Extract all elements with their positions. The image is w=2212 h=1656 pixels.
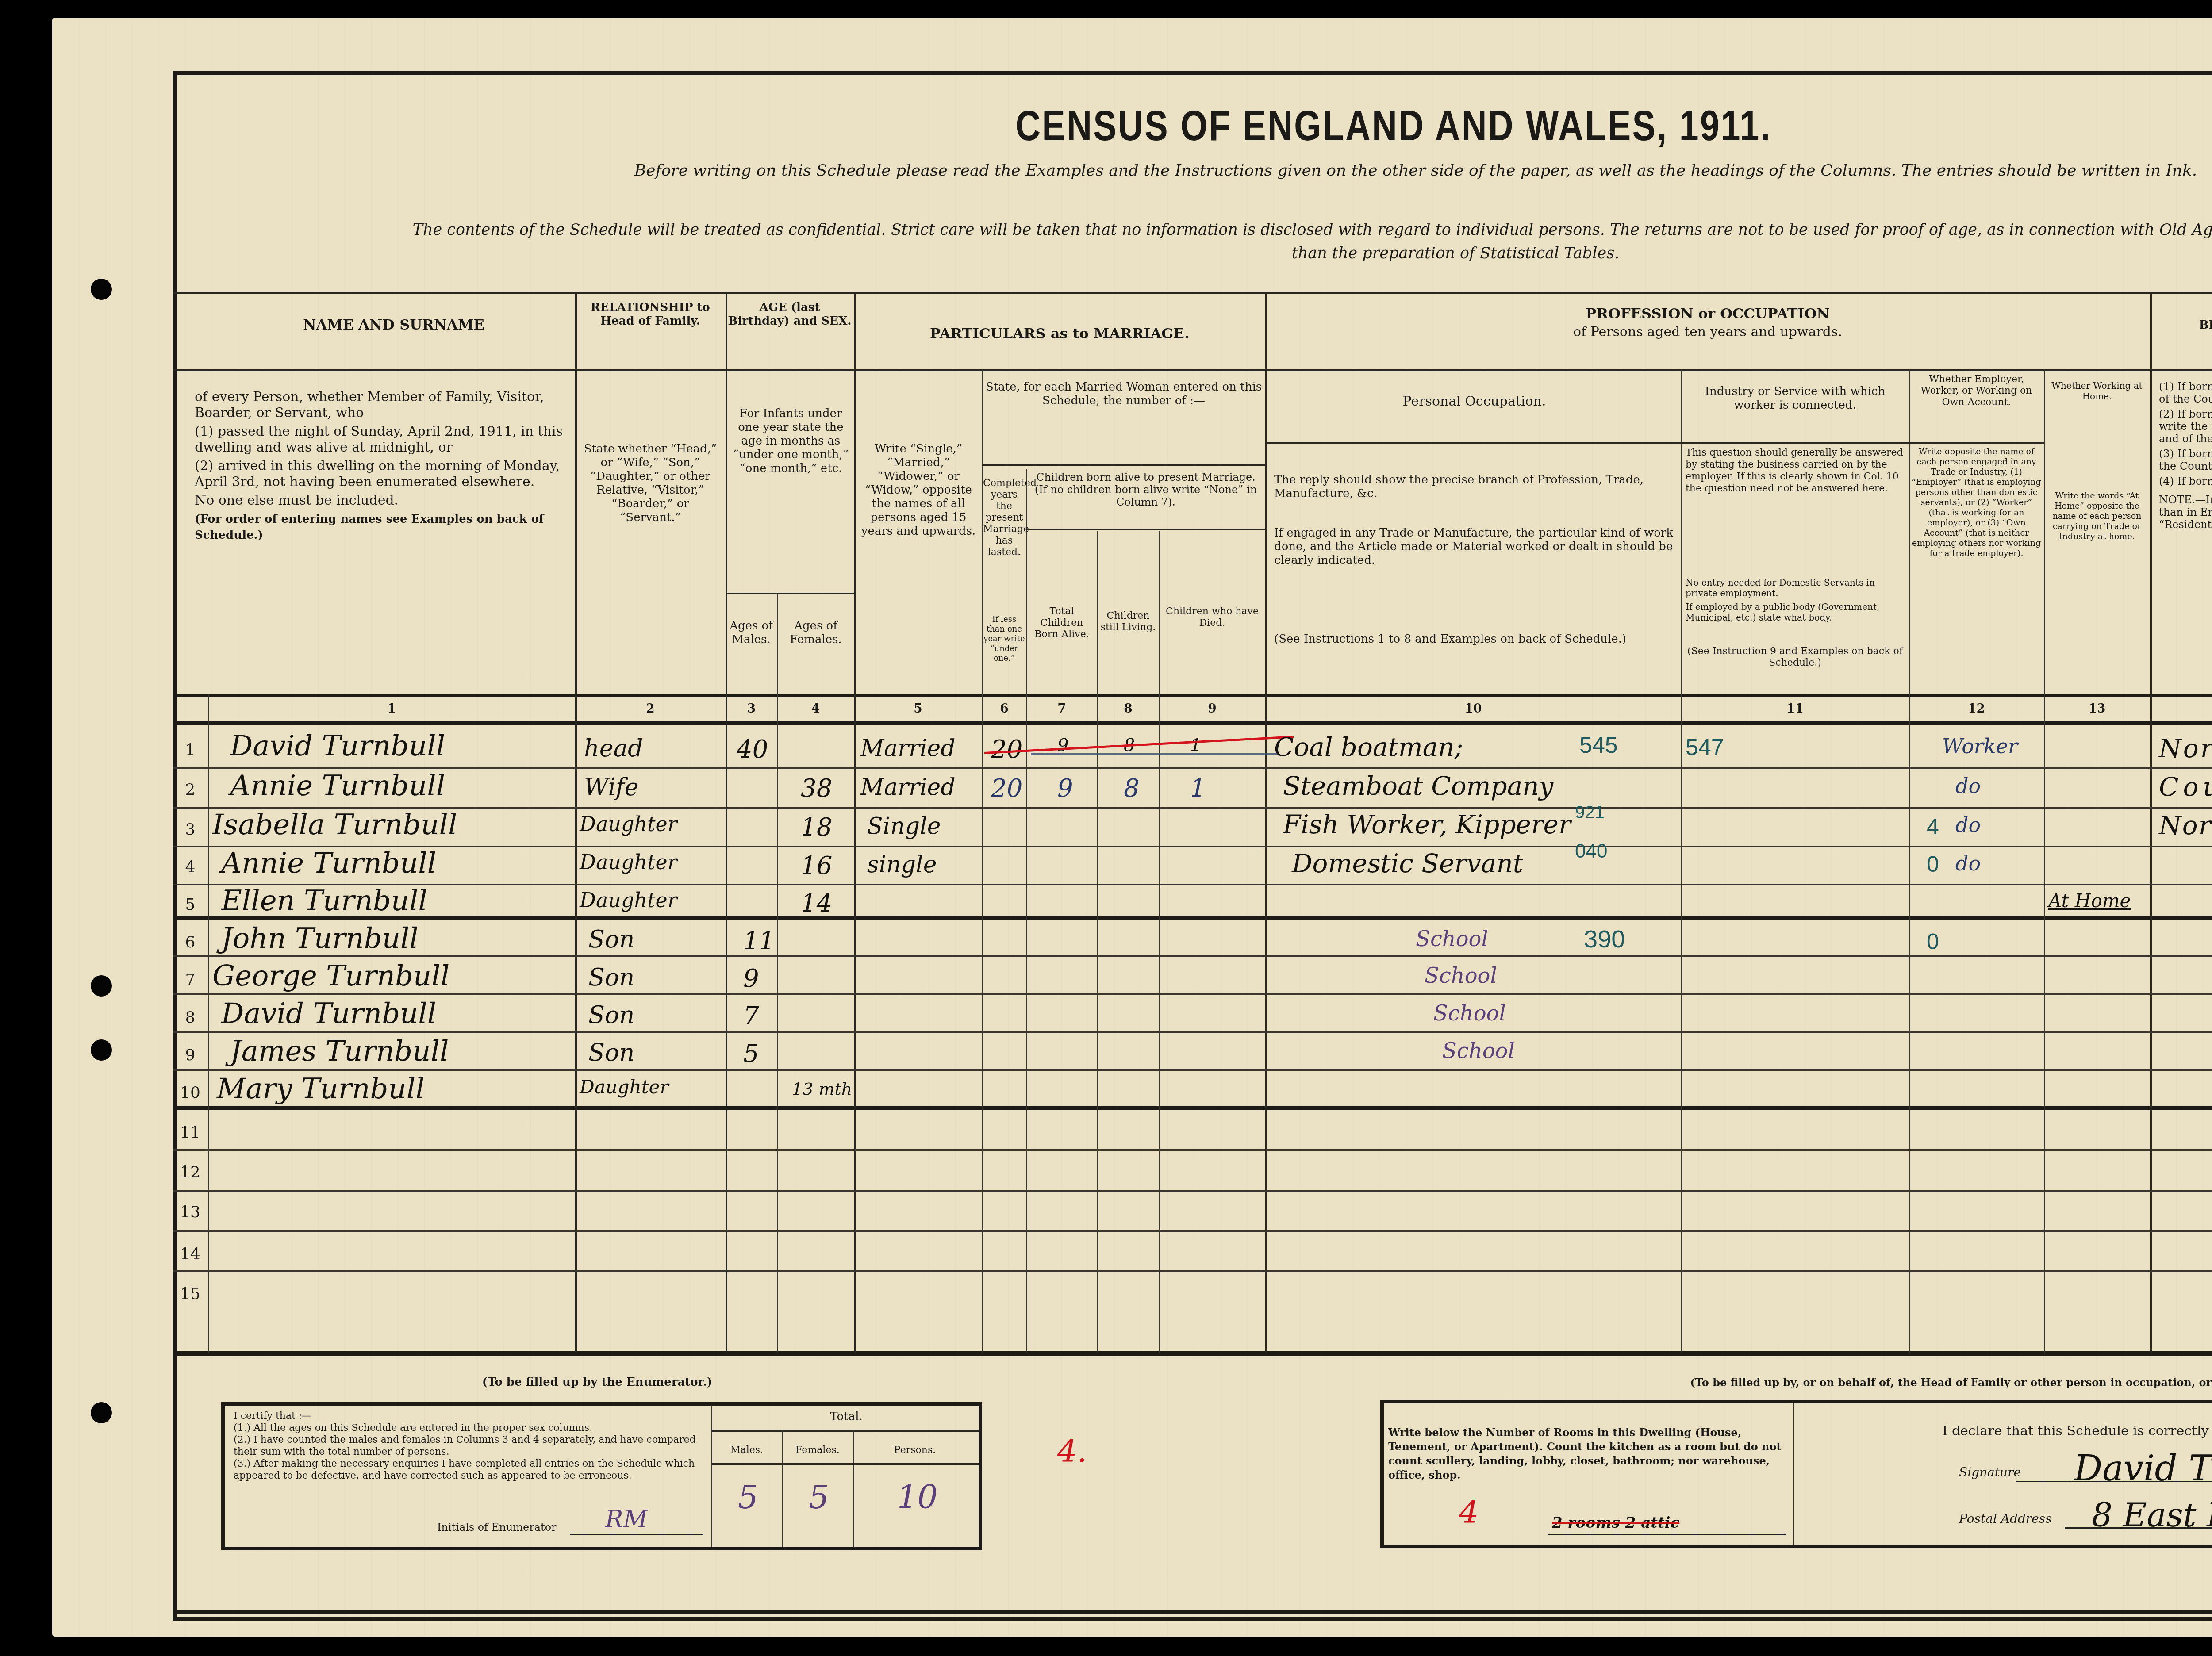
certify-item-3: (3.) After making the necessary enquirie… xyxy=(234,1458,703,1482)
person-name[interactable]: James Turnbull xyxy=(230,1035,449,1068)
row-rule xyxy=(173,807,2212,809)
marriage-years[interactable]: 20 xyxy=(991,774,1022,803)
column-number: 12 xyxy=(1909,701,2044,716)
header-bottom-rule xyxy=(173,694,2212,697)
signature-label: Signature xyxy=(1959,1465,2021,1479)
col-marriage-years-note: If less than one year write “under one.” xyxy=(983,615,1025,663)
header-top-rule xyxy=(173,292,2212,294)
col-divider xyxy=(853,1430,854,1547)
total-males[interactable]: 5 xyxy=(738,1479,758,1516)
total-rule xyxy=(711,1463,979,1465)
rooms-value[interactable]: 2 rooms 2 attic xyxy=(1552,1514,1679,1532)
head-of-family-box: Write below the Number of Rooms in this … xyxy=(1380,1400,2212,1548)
col-divider xyxy=(2044,369,2045,1353)
total-label: Total. xyxy=(716,1410,977,1424)
confidential-line-2: than the preparation of Statistical Tabl… xyxy=(181,245,2212,262)
column-number: 11 xyxy=(1681,701,1909,716)
col-divider xyxy=(1026,469,1027,1353)
row-number: 13 xyxy=(173,1203,208,1221)
person-name[interactable]: David Turnbull xyxy=(230,730,445,763)
occupation-code: 040 xyxy=(1575,840,1607,862)
rooms-instruction: Write below the Number of Rooms in this … xyxy=(1388,1426,1791,1482)
col-industry-desc-1: This question should generally be answer… xyxy=(1686,447,1905,494)
col-name-desc-1: of every Person, whether Member of Famil… xyxy=(195,389,571,421)
person-name[interactable]: Annie Turnbull xyxy=(230,770,445,802)
col-age-males: Ages of Males. xyxy=(726,619,776,647)
certify-heading: I certify that :— xyxy=(234,1410,703,1422)
employer-status[interactable]: do xyxy=(1955,813,1981,837)
initials-line xyxy=(570,1534,703,1535)
col-divider xyxy=(726,292,727,1353)
col-employer-desc: Write opposite the name of each person e… xyxy=(1911,447,2042,559)
person-name[interactable]: John Turnbull xyxy=(221,922,419,955)
confidential-line-1: The contents of the Schedule will be tre… xyxy=(181,221,2212,239)
children-living[interactable]: 8 xyxy=(1124,774,1140,803)
row-rule xyxy=(173,846,2212,847)
column-number: 13 xyxy=(2044,701,2150,716)
column-number: 10 xyxy=(1265,701,1681,716)
row-number: 6 xyxy=(173,933,208,951)
col-divider xyxy=(854,292,856,1353)
row-rule xyxy=(173,1031,2212,1033)
initials-label: Initials of Enumerator xyxy=(437,1521,557,1534)
children-sub-rule xyxy=(1026,529,1265,530)
row-number: 15 xyxy=(173,1285,208,1303)
column-number: 1 xyxy=(208,701,575,716)
col-personal-desc-2: If engaged in any Trade or Manufacture, … xyxy=(1274,526,1674,567)
enumerator-heading: (To be filled up by the Enumerator.) xyxy=(398,1376,796,1389)
col-divider xyxy=(1159,531,1160,1353)
row-group-rule xyxy=(173,1106,2212,1110)
col-children-head: Children born alive to present Marriage.… xyxy=(1029,471,1263,508)
col-name-desc-5: (For order of entering names see Example… xyxy=(195,511,571,543)
col-occupation-subtitle: of Persons aged ten years and upwards. xyxy=(1270,325,2146,339)
row-number: 11 xyxy=(173,1123,208,1142)
enumerator-certify: I certify that :— (1.) All the ages on t… xyxy=(234,1410,703,1482)
postal-address[interactable]: 8 East Percy Street. xyxy=(2092,1496,2212,1534)
person-name[interactable]: Ellen Turnbull xyxy=(221,885,427,917)
person-name[interactable]: George Turnbull xyxy=(212,960,449,993)
certify-item-1: (1.) All the ages on this Schedule are e… xyxy=(234,1422,703,1434)
row-rule xyxy=(173,1270,2212,1272)
occupation[interactable]: School xyxy=(1425,963,1497,988)
col-home: Whether Working at Home. xyxy=(2046,380,2148,402)
col-children-living: Children still Living. xyxy=(1098,610,1158,633)
marital-status[interactable]: Married xyxy=(860,735,956,762)
birthplace-desc-2: (2) If born in any other part of the Bri… xyxy=(2159,408,2212,445)
relationship[interactable]: Daughter xyxy=(580,888,677,912)
rooms-red-mark: 4 xyxy=(1459,1494,1479,1530)
col-age-desc: For Infants under one year state the age… xyxy=(730,407,852,475)
head-of-family-heading: (To be filled up by, or on behalf of, th… xyxy=(1460,1376,2212,1389)
total-rule xyxy=(711,1430,979,1432)
relationship[interactable]: Daughter xyxy=(580,850,677,874)
punch-hole xyxy=(91,1402,112,1423)
birthplace-desc-1: (1) If born in the United Kingdom, write… xyxy=(2159,380,2212,405)
occupation-code: 921 xyxy=(1575,803,1605,823)
occupation[interactable]: Domestic Servant xyxy=(1292,848,1523,878)
marriage-years[interactable]: 20 xyxy=(991,735,1022,764)
col-children-died: Children who have Died. xyxy=(1160,606,1264,629)
col-industry-desc-4: (See Instruction 9 and Examples on back … xyxy=(1686,646,1905,669)
red-check-mark: 4. xyxy=(1057,1433,1087,1469)
total-persons[interactable]: 10 xyxy=(897,1479,938,1516)
col-divider xyxy=(711,1406,712,1547)
occupation[interactable]: Steamboat Company xyxy=(1283,771,1553,801)
col-relationship-desc: State whether “Head,” or “Wife,” “Son,” … xyxy=(580,442,721,525)
col-name-title: NAME AND SURNAME xyxy=(212,316,575,333)
occupation[interactable]: Coal boatman; xyxy=(1274,732,1463,762)
person-name[interactable]: Mary Turnbull xyxy=(217,1073,425,1105)
col-relationship-title: RELATIONSHIP to Head of Family. xyxy=(577,301,723,328)
header-mid-rule xyxy=(173,369,2212,371)
col-industry-desc-3: If employed by a public body (Government… xyxy=(1686,602,1905,623)
row-number: 8 xyxy=(173,1008,208,1027)
females-label: Females. xyxy=(784,1443,851,1457)
age-sub-rule xyxy=(726,593,854,594)
row-number: 5 xyxy=(173,896,208,914)
col-divider xyxy=(575,292,577,1353)
col-personal-desc-1: The reply should show the precise branch… xyxy=(1274,473,1674,501)
row-rule xyxy=(173,955,2212,957)
column-number: 2 xyxy=(575,701,726,716)
age-male[interactable]: 5 xyxy=(743,1039,759,1068)
age-female[interactable]: 13 mth xyxy=(792,1079,852,1099)
row-number: 9 xyxy=(173,1046,208,1064)
col-age-females: Ages of Females. xyxy=(779,619,853,647)
rooms-line xyxy=(1548,1534,1786,1535)
row-rule xyxy=(173,767,2212,769)
age-female[interactable]: 38 xyxy=(801,774,832,803)
col-married-woman-desc: State, for each Married Woman entered on… xyxy=(984,380,1263,408)
birthplace-desc-4: (4) If born at sea, write “At Sea.” xyxy=(2159,475,2212,487)
row-number: 10 xyxy=(173,1084,208,1102)
col-name-desc-4: No one else must be included. xyxy=(195,493,571,509)
col-divider xyxy=(782,1430,783,1547)
row-number: 7 xyxy=(173,971,208,989)
relationship[interactable]: Daughter xyxy=(580,1076,669,1098)
age-female[interactable]: 14 xyxy=(801,889,832,918)
column-number: 3 xyxy=(726,701,777,716)
column-number: 8 xyxy=(1097,701,1159,716)
age-female[interactable]: 16 xyxy=(801,851,832,880)
instructions-line: Before writing on this Schedule please r… xyxy=(509,161,2212,180)
col-name-desc-3: (2) arrived in this dwelling on the morn… xyxy=(195,458,571,490)
birthplace-desc-3: (3) If born in a Foreign Country, write … xyxy=(2159,448,2212,472)
col-divider xyxy=(1793,1403,1794,1545)
marital-status[interactable]: Single xyxy=(867,813,941,839)
row-number: 14 xyxy=(173,1245,208,1263)
marriage-sub-rule xyxy=(982,464,1265,466)
relationship[interactable]: Daughter xyxy=(580,812,677,836)
column-number: 7 xyxy=(1026,701,1097,716)
marital-status[interactable]: single xyxy=(867,851,937,878)
birthplace[interactable]: North Shields xyxy=(2159,733,2212,763)
col-employer: Whether Employer, Worker, or Working on … xyxy=(1911,374,2042,408)
marital-status[interactable]: Married xyxy=(860,774,956,801)
col-children-total: Total Children Born Alive. xyxy=(1027,606,1096,640)
postal-address-label: Postal Address xyxy=(1959,1512,2052,1526)
occupation[interactable]: School xyxy=(1442,1039,1515,1063)
relationship[interactable]: Son xyxy=(588,1039,634,1066)
occupation[interactable]: School xyxy=(1433,1001,1506,1026)
occupation-sub-rule xyxy=(1265,442,2044,444)
frame-bottom-rule xyxy=(173,1610,2212,1614)
relationship[interactable]: Son xyxy=(588,925,634,953)
col-industry-desc-2: No entry needed for Domestic Servants in… xyxy=(1686,577,1905,598)
age-male[interactable]: 9 xyxy=(743,964,759,993)
age-female[interactable]: 18 xyxy=(801,813,832,842)
col-marriage-status-desc: Write “Single,” “Married,” “Widower,” or… xyxy=(856,442,981,538)
employer-status[interactable]: do xyxy=(1955,851,1981,875)
persons-label: Persons. xyxy=(855,1443,975,1457)
col-home-desc: Write the words “At Home” opposite the n… xyxy=(2046,491,2148,542)
age-male[interactable]: 40 xyxy=(737,735,768,764)
col-birthplace-title: BIRTHPLACE of every person. xyxy=(2154,318,2212,332)
relationship[interactable]: Wife xyxy=(584,773,639,801)
row-number: 3 xyxy=(173,820,208,839)
occupation[interactable]: Fish Worker, Kipperer xyxy=(1283,809,1571,839)
col-marriage-years: Completed years the present Marriage has… xyxy=(983,478,1025,558)
males-label: Males. xyxy=(714,1443,780,1457)
person-name[interactable]: Isabella Turnbull xyxy=(212,809,457,841)
row-rule xyxy=(173,1149,2212,1151)
working-at-home[interactable]: At Home xyxy=(2048,890,2131,912)
col-divider xyxy=(2150,292,2152,1353)
page-title: CENSUS OF ENGLAND AND WALES, 1911. xyxy=(795,102,1992,150)
certify-item-2: (2.) I have counted the males and female… xyxy=(234,1434,703,1458)
punch-hole xyxy=(91,279,112,300)
employer-code: 0 xyxy=(1927,851,1939,877)
occupation[interactable]: School xyxy=(1416,927,1488,951)
employer-code: 4 xyxy=(1927,814,1939,839)
col-personal-occupation: Personal Occupation. xyxy=(1270,394,1679,410)
age-male[interactable]: 11 xyxy=(743,927,775,955)
column-number: 4 xyxy=(777,701,854,716)
employer-status[interactable]: Worker xyxy=(1942,734,2018,758)
row-rule xyxy=(173,993,2212,995)
row-rule xyxy=(173,1230,2212,1232)
column-number: 9 xyxy=(1159,701,1265,716)
punch-hole xyxy=(91,975,112,997)
col-divider xyxy=(1681,369,1682,1353)
column-number: 5 xyxy=(854,701,982,716)
col-personal-desc-3: (See Instructions 1 to 8 and Examples on… xyxy=(1274,632,1674,646)
birthplace[interactable]: County of xyxy=(2159,772,2212,802)
col-industry: Industry or Service with which worker is… xyxy=(1683,385,1907,412)
col-divider xyxy=(208,694,209,1353)
col-divider xyxy=(1909,369,1910,1353)
col-birthplace-desc: (1) If born in the United Kingdom, write… xyxy=(2159,380,2212,531)
occupation-code: 390 xyxy=(1584,924,1625,953)
children-died[interactable]: 1 xyxy=(1190,774,1206,803)
col-name-desc: of every Person, whether Member of Famil… xyxy=(177,389,571,543)
column-number: 14 xyxy=(2150,701,2212,716)
relationship[interactable]: head xyxy=(584,734,643,762)
row-number: 4 xyxy=(173,858,208,876)
column-number: 6 xyxy=(982,701,1026,716)
row-number: 2 xyxy=(173,781,208,799)
birthplace[interactable]: Northumberland xyxy=(2159,810,2212,840)
row-rule xyxy=(173,1069,2212,1071)
enumerator-box: I certify that :— (1.) All the ages on t… xyxy=(221,1402,982,1550)
person-name[interactable]: David Turnbull xyxy=(221,997,436,1030)
row-rule xyxy=(173,884,2212,885)
relationship[interactable]: Son xyxy=(588,1001,634,1029)
children-total[interactable]: 9 xyxy=(1057,774,1073,803)
row-rule xyxy=(173,1190,2212,1192)
person-name[interactable]: Annie Turnbull xyxy=(221,847,436,880)
col-marriage-title: PARTICULARS as to MARRIAGE. xyxy=(856,325,1263,342)
col-occupation-title: PROFESSION or OCCUPATION xyxy=(1270,305,2146,322)
column-number-rule xyxy=(173,721,2212,725)
row-number: 12 xyxy=(173,1163,208,1181)
employer-status[interactable]: do xyxy=(1955,774,1981,798)
employer-code: 0 xyxy=(1927,929,1939,954)
col-divider xyxy=(1097,531,1098,1353)
birthplace-note: NOTE.—In the case of persons born elsewh… xyxy=(2159,494,2212,531)
declaration: I declare that this Schedule is correctl… xyxy=(1800,1423,2212,1439)
col-divider xyxy=(1265,292,1267,1353)
age-male[interactable]: 7 xyxy=(743,1002,759,1031)
relationship[interactable]: Son xyxy=(588,963,634,991)
punch-hole xyxy=(91,1039,112,1061)
signature[interactable]: David Turnbull. xyxy=(2074,1448,2212,1489)
occupation-code: 545 xyxy=(1579,732,1618,759)
col-name-desc-2: (1) passed the night of Sunday, April 2n… xyxy=(195,424,571,456)
row-group-rule xyxy=(173,916,2212,920)
industry-code: 547 xyxy=(1686,734,1724,761)
total-females[interactable]: 5 xyxy=(809,1479,829,1516)
row-number: 1 xyxy=(173,741,208,759)
col-age-title: AGE (last Birthday) and SEX. xyxy=(728,301,852,328)
blue-strike-line xyxy=(1031,753,1279,755)
table-bottom-rule xyxy=(173,1351,2212,1356)
enumerator-initials[interactable]: RM xyxy=(605,1505,648,1533)
